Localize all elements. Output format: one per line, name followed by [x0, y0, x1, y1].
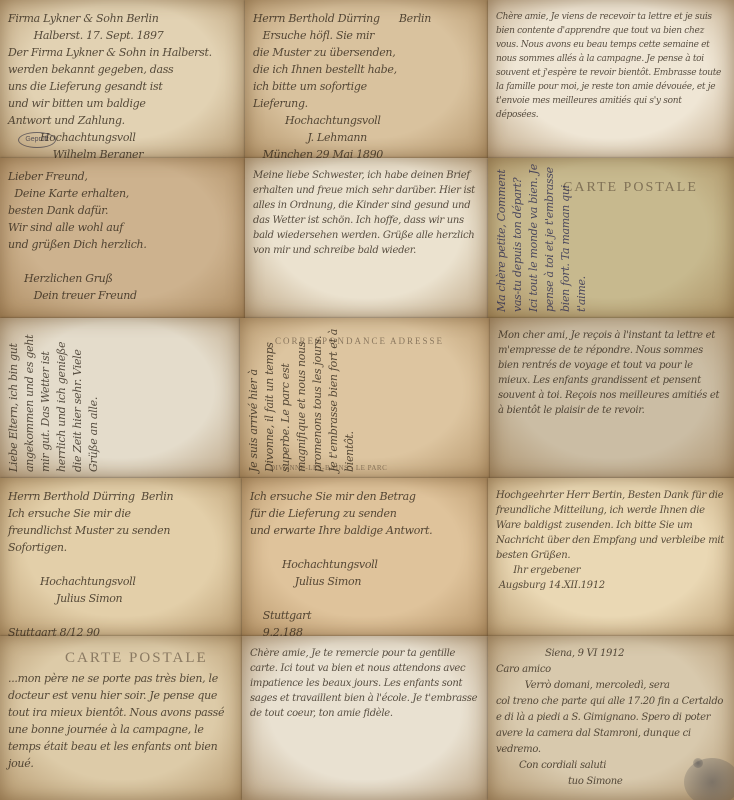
handwritten-text: Je suis arrivé hier à Divonne, il fait u… [246, 324, 484, 472]
handwritten-text: Hochgeehrter Herr Bertin, Besten Dank fü… [496, 488, 726, 628]
postcard-r4c3: Hochgeehrter Herr Bertin, Besten Dank fü… [488, 478, 734, 636]
handwritten-text: Chère amie, Je te remercie pour ta genti… [250, 646, 480, 792]
stamp-icon: Geprüft [18, 132, 56, 148]
postcard-r4c1: Herrn Berthold Dürring Berlin Ich ersuch… [0, 478, 242, 636]
printed-heading: CARTE POSTALE [65, 650, 208, 667]
postcard-r1c1: Firma Lykner & Sohn Berlin Halberst. 17.… [0, 0, 245, 158]
handwritten-text: Chère amie, Je viens de recevoir ta lett… [496, 10, 726, 150]
handwritten-text: Lieber Freund, Deine Karte erhalten, bes… [8, 168, 237, 310]
postcard-collage: Firma Lykner & Sohn Berlin Halberst. 17.… [0, 0, 734, 800]
postcard-r3c3: Mon cher ami, Je reçois à l'instant ta l… [490, 318, 734, 478]
postcard-r2c1: Lieber Freund, Deine Karte erhalten, bes… [0, 158, 245, 318]
handwritten-text: Liebe Eltern, ich bin gut angekommen und… [6, 324, 234, 472]
postcard-r1c2: Herrn Berthold Dürring Berlin Ersuche hö… [245, 0, 488, 158]
handwritten-text: Meine liebe Schwester, ich habe deinen B… [253, 168, 480, 310]
postcard-r2c2: Meine liebe Schwester, ich habe deinen B… [245, 158, 488, 318]
handwritten-text: ...mon père ne se porte pas très bien, l… [8, 670, 234, 792]
handwritten-text: Herrn Berthold Dürring Berlin Ersuche hö… [253, 10, 480, 150]
handwritten-text: Ich ersuche Sie mir den Betrag für die L… [250, 488, 480, 628]
postcard-r5c3: Siena, 9 VI 1912 Caro amico Verrò domani… [488, 636, 734, 800]
postcard-r3c2: CORRESPONDANCE ADRESSE DIVONNE-LES-BAINS… [240, 318, 490, 478]
postcard-r4c2: Ich ersuche Sie mir den Betrag für die L… [242, 478, 488, 636]
handwritten-text: Herrn Berthold Dürring Berlin Ich ersuch… [8, 488, 234, 628]
ink-stain [684, 758, 734, 800]
postcard-r5c1: CARTE POSTALE ...mon père ne se porte pa… [0, 636, 242, 800]
postcard-r1c3: Chère amie, Je viens de recevoir ta lett… [488, 0, 734, 158]
handwritten-text: Ma chère petite, Comment vas-tu depuis t… [494, 164, 728, 312]
handwritten-text: Firma Lykner & Sohn Berlin Halberst. 17.… [8, 10, 237, 150]
postcard-r3c1: Liebe Eltern, ich bin gut angekommen und… [0, 318, 240, 478]
ink-drop [693, 758, 703, 768]
postcard-r2c3: CARTE POSTALE Ma chère petite, Comment v… [488, 158, 734, 318]
handwritten-text: Mon cher ami, Je reçois à l'instant ta l… [498, 328, 726, 470]
postcard-r5c2: Chère amie, Je te remercie pour ta genti… [242, 636, 488, 800]
